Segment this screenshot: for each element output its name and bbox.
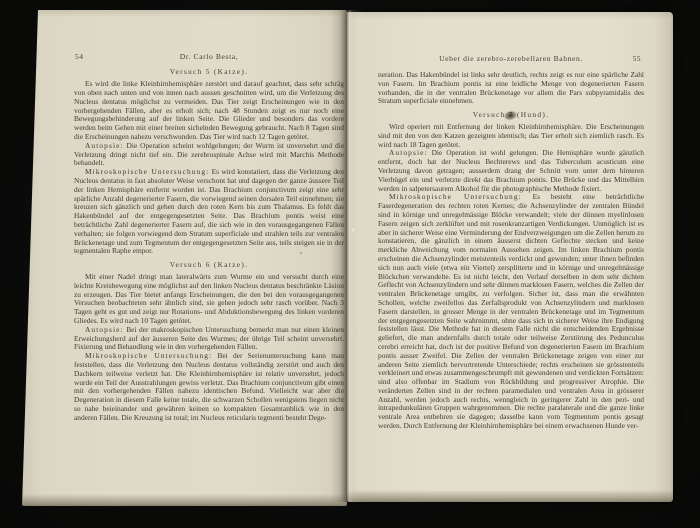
book-scan: 54 Dr. Carlo Besta, Versuch 5 (Katze).Es… xyxy=(0,0,700,528)
running-header-right: Ueber die zerebro-zerebellaren Bahnen. xyxy=(378,54,644,63)
paragraph: Wird operiert mit Entfernung der linken … xyxy=(378,123,644,149)
section-heading: Versuch 7 (Hund). xyxy=(378,111,644,120)
page-left: 54 Dr. Carlo Besta, Versuch 5 (Katze).Es… xyxy=(22,10,347,506)
spaced-label: Autopsie: xyxy=(85,325,124,334)
text-column-right: neration. Das Hakenbündel ist links sehr… xyxy=(378,71,644,431)
spaced-label: Mikroskopische Untersuchung: xyxy=(389,192,522,201)
section-heading: Versuch 5 (Katze). xyxy=(74,68,344,77)
spaced-label: Autopsie: xyxy=(389,148,428,157)
paragraph: Mikroskopische Untersuchung: Es besteht … xyxy=(378,193,644,431)
paragraph: Mikroskopische Untersuchung: Bei der Ser… xyxy=(74,352,344,422)
text-column-left: Versuch 5 (Katze).Es wird die linke Klei… xyxy=(74,68,344,423)
running-header-left: Dr. Carlo Besta, xyxy=(74,52,344,61)
section-heading: Versuch 6 (Katze). xyxy=(74,261,344,270)
spaced-label: Mikroskopische Untersuchung: xyxy=(85,167,209,176)
paragraph: Mit einer Nadel dringt man lateralwärts … xyxy=(74,273,344,326)
page-number-right: 55 xyxy=(633,54,641,63)
paragraph: Autopsie: Die Operation ist wohl gelunge… xyxy=(378,149,644,193)
page-header-left: 54 Dr. Carlo Besta, xyxy=(74,52,344,62)
page-right: Ueber die zerebro-zerebellaren Bahnen. 5… xyxy=(347,12,673,502)
spaced-label: Mikroskopische Untersuchung: xyxy=(85,351,212,360)
paragraph: Mikroskopische Untersuchung: Es wird kon… xyxy=(74,168,344,256)
page-header-right: Ueber die zerebro-zerebellaren Bahnen. 5… xyxy=(378,54,644,64)
paragraph: neration. Das Hakenbündel ist links sehr… xyxy=(378,71,644,106)
paragraph: Autopsie: Die Operation scheint wohlgelu… xyxy=(74,142,344,168)
paragraph: Es wird die linke Kleinhirnhemisphäre ze… xyxy=(74,80,344,142)
paragraph: Autopsie: Bei der makroskopischen Unters… xyxy=(74,326,344,352)
spaced-label: Autopsie: xyxy=(85,141,124,150)
